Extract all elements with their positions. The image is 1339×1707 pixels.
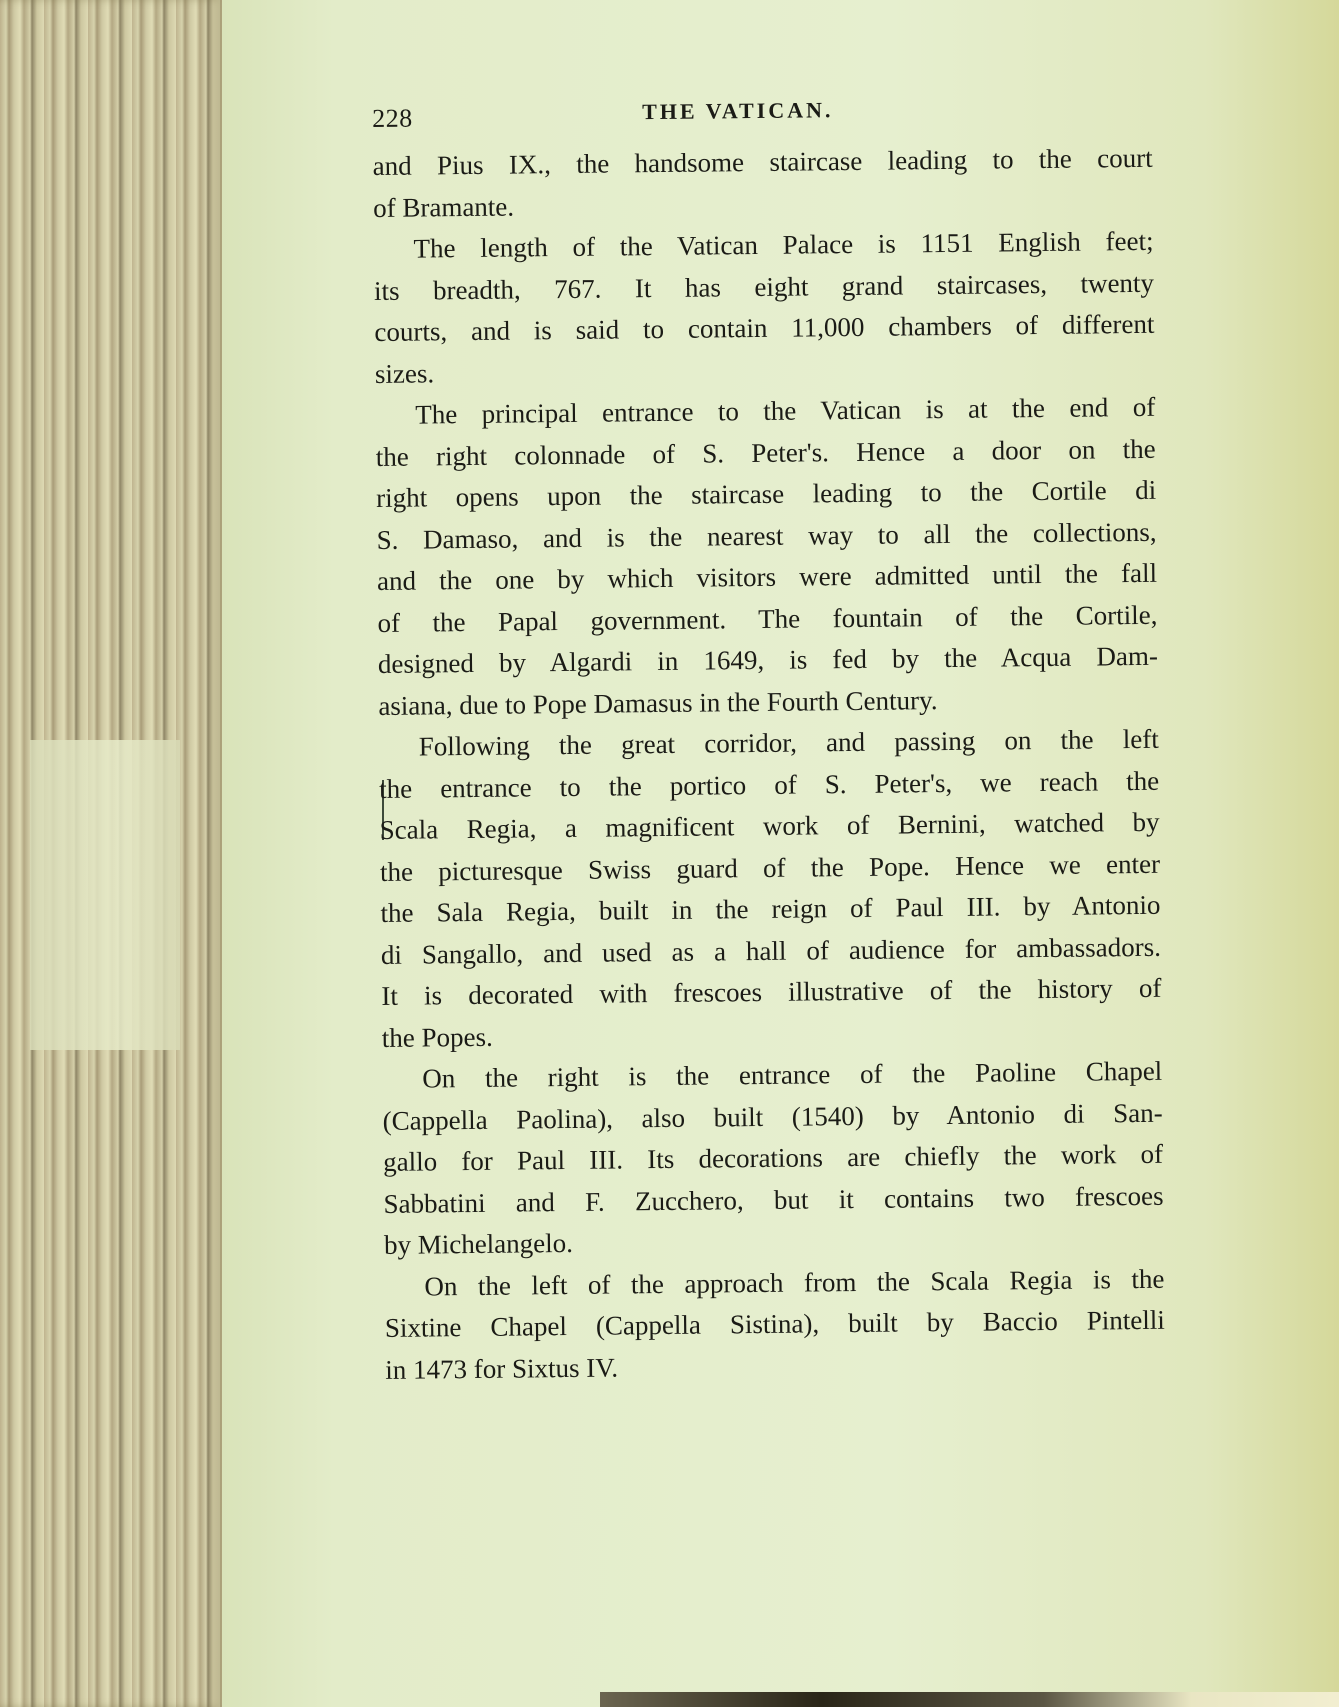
text-line: in 1473 for Sixtus IV. [385, 1341, 1165, 1391]
text-line: It is decorated with frescoes illustrati… [381, 968, 1161, 1018]
running-head: 228 THE VATICAN. [372, 92, 1152, 146]
text-line: courts, and is said to contain 11,000 ch… [374, 304, 1154, 354]
page-edge-highlight [30, 740, 180, 1050]
text-line: Sixtine Chapel (Cappella Sistina), built… [385, 1300, 1165, 1350]
text-line: designed by Algardi in 1649, is fed by t… [378, 636, 1158, 686]
page-text-block: 228 THE VATICAN. and Pius IX., the hands… [372, 92, 1165, 1391]
running-head-title: THE VATICAN. [642, 97, 834, 125]
page-number: 228 [372, 104, 413, 134]
page-bottom-shadow [600, 1692, 1339, 1707]
text-line: Sabbatini and F. Zucchero, but it contai… [383, 1175, 1163, 1225]
text-line: and Pius IX., the handsome staircase lea… [372, 138, 1152, 188]
book-page-edges [0, 0, 222, 1707]
body-text: and Pius IX., the handsome staircase lea… [372, 138, 1165, 1391]
